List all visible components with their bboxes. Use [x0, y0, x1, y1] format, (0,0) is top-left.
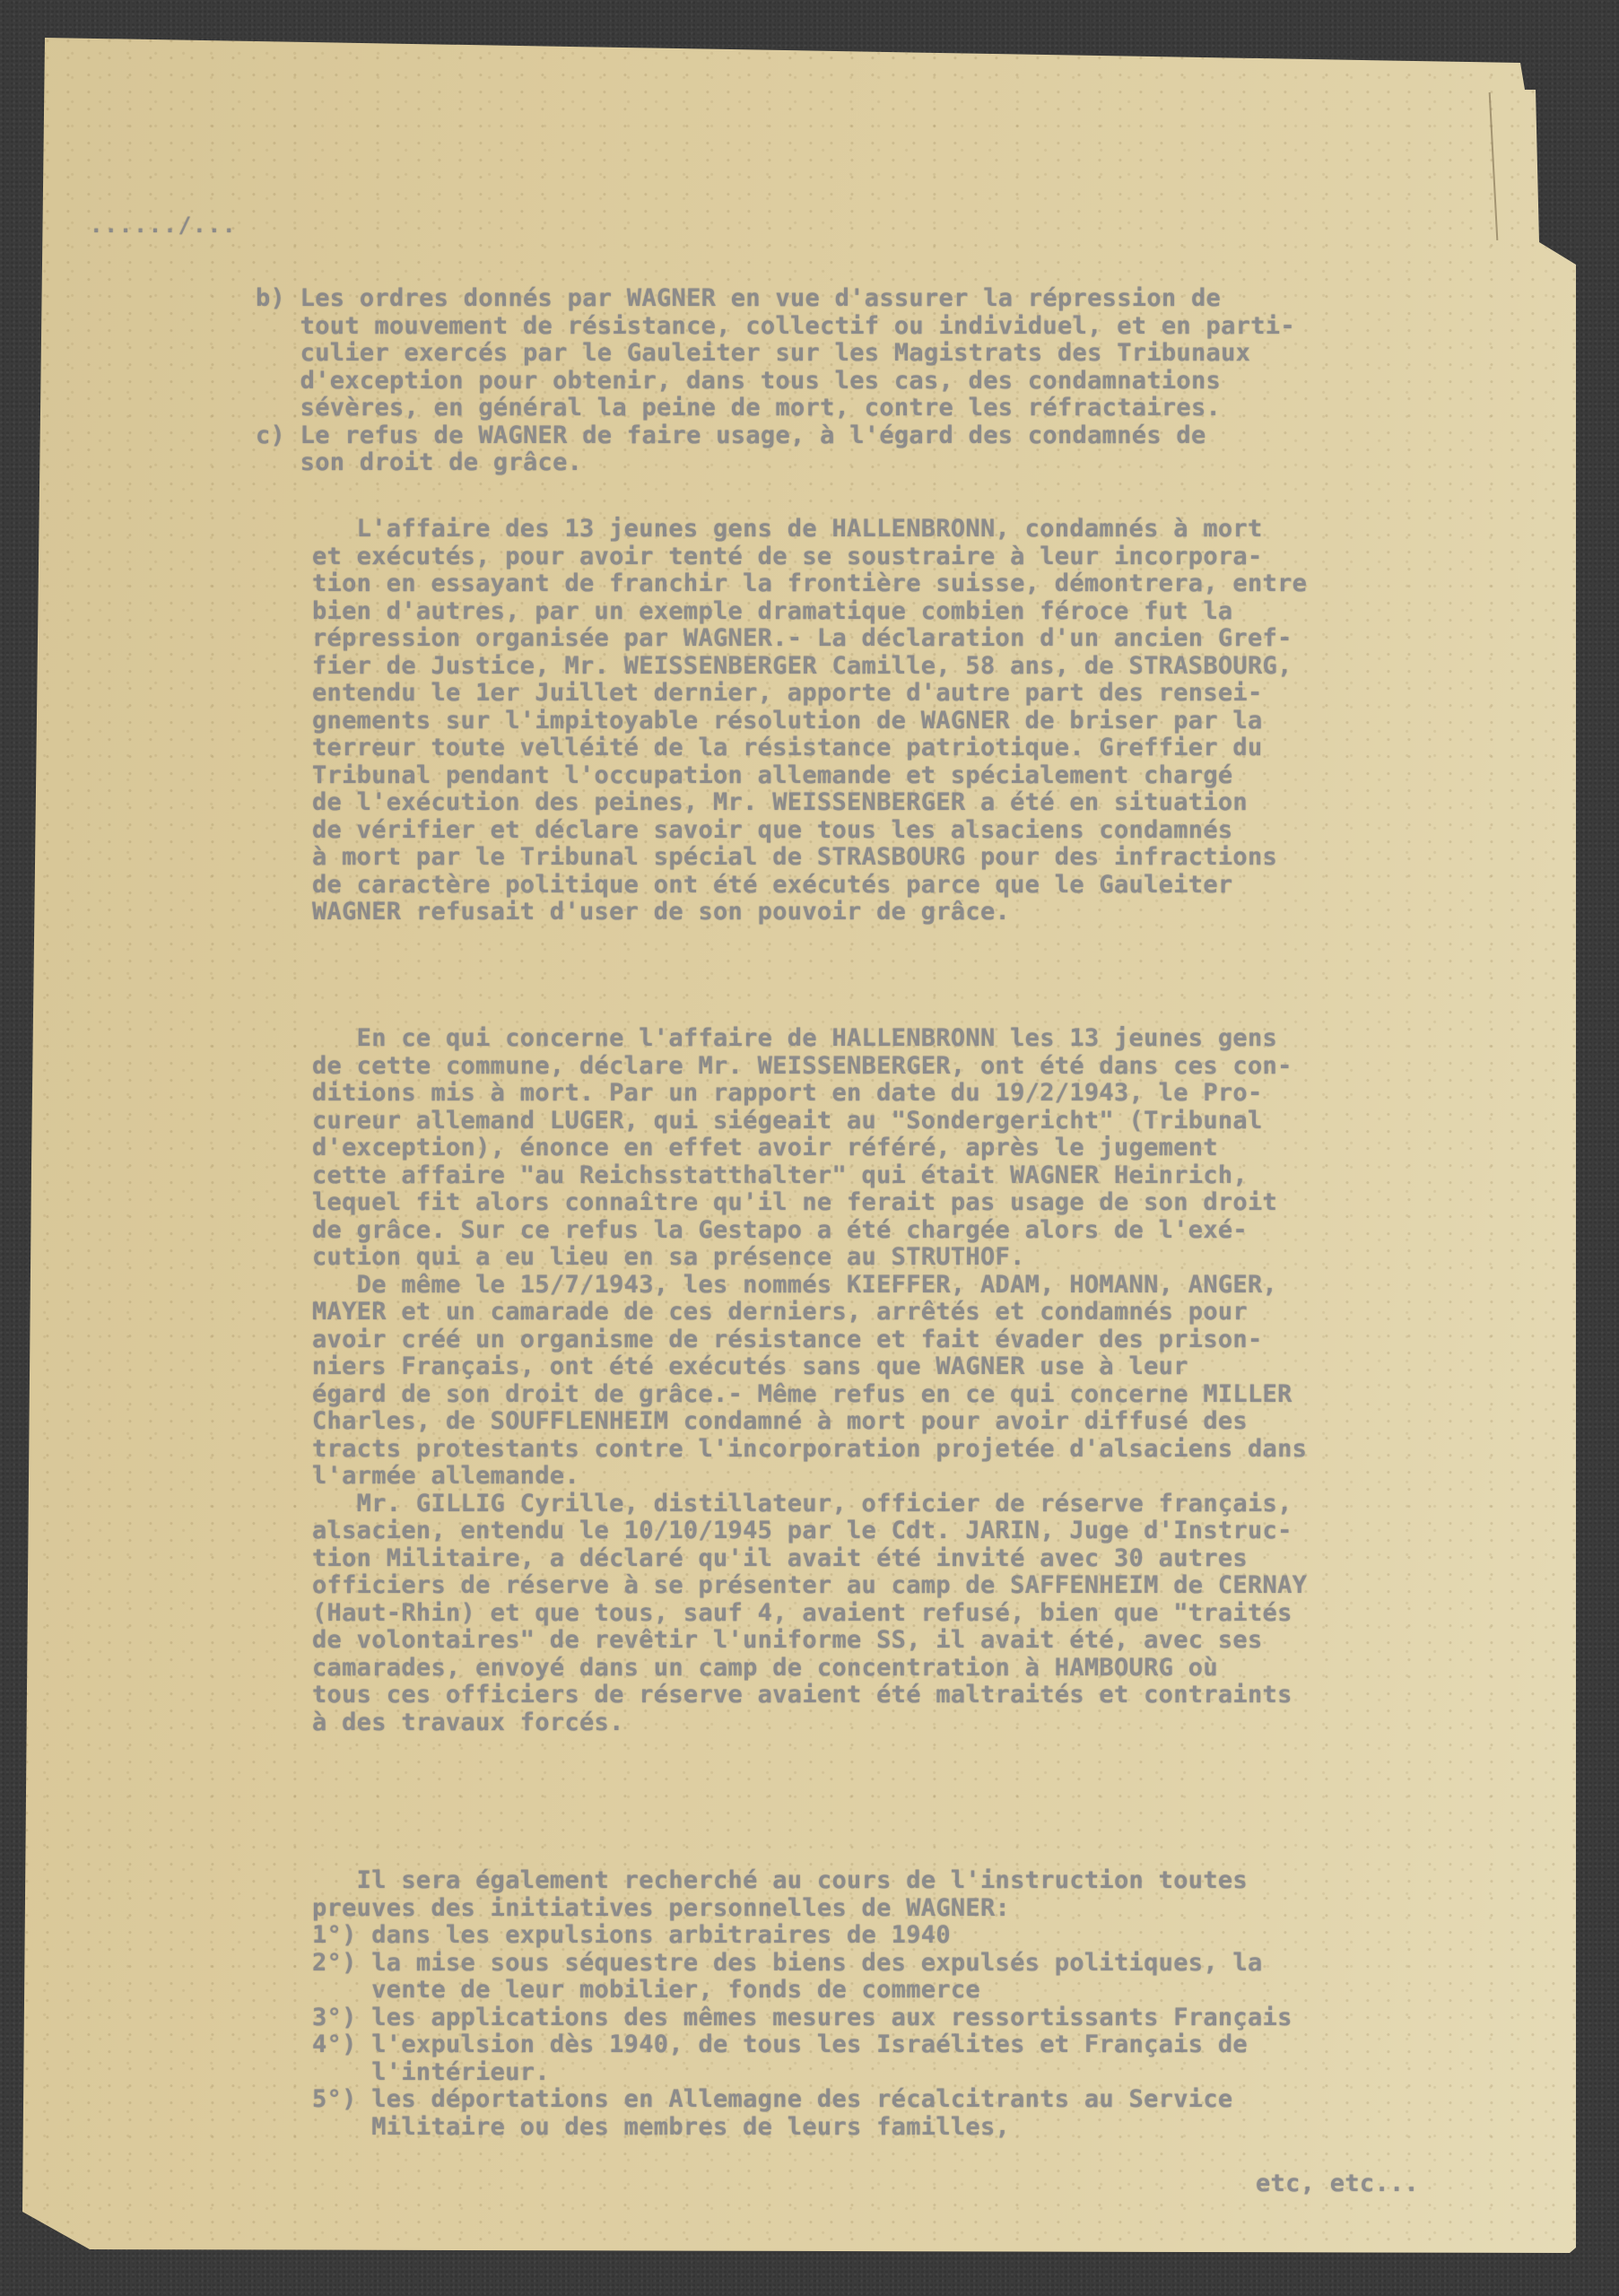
text-line: b) Les ordres donnés par WAGNER en vue d…	[256, 285, 1295, 313]
text-line: son droit de grâce.	[256, 449, 1295, 477]
text-line: vente de leur mobilier, fonds de commerc…	[312, 1977, 1293, 2005]
text-line: MAYER et un camarade de ces derniers, ar…	[312, 1299, 1307, 1326]
text-line: Charles, de SOUFFLENHEIM condamné à mort…	[312, 1408, 1307, 1436]
text-line: de cette commune, déclare Mr. WEISSENBER…	[312, 1053, 1307, 1081]
text-line: camarades, envoyé dans un camp de concen…	[312, 1655, 1307, 1683]
text-line: lequel fit alors connaître qu'il ne fera…	[312, 1189, 1307, 1217]
text-line: preuves des initiatives personnelles de …	[312, 1895, 1293, 1923]
text-line: tion Militaire, a déclaré qu'il avait ét…	[312, 1545, 1307, 1573]
text-line: gnements sur l'impitoyable résolution de…	[312, 708, 1307, 735]
text-line: Tribunal pendant l'occupation allemande …	[312, 762, 1307, 790]
text-line: Militaire ou des membres de leurs famill…	[312, 2114, 1293, 2142]
text-line: tout mouvement de résistance, collectif …	[256, 313, 1295, 341]
text-line: de l'exécution des peines, Mr. WEISSENBE…	[312, 789, 1307, 817]
text-line: l'intérieur.	[312, 2059, 1293, 2087]
text-line: cution qui a eu lieu en sa présence au S…	[312, 1244, 1307, 1272]
text-line: En ce qui concerne l'affaire de HALLENBR…	[312, 1025, 1307, 1053]
text-line: d'exception pour obtenir, dans tous les …	[256, 368, 1295, 396]
text-line: de grâce. Sur ce refus la Gestapo a été …	[312, 1217, 1307, 1245]
signoff-etc: etc, etc...	[1256, 2170, 1419, 2198]
text-line: de caractère politique ont été exécutés …	[312, 872, 1307, 900]
text-line: à mort par le Tribunal spécial de STRASB…	[312, 844, 1307, 872]
text-line: de volontaires" de revêtir l'uniforme SS…	[312, 1627, 1307, 1655]
paragraph-affaire-hallenbronn: L'affaire des 13 jeunes gens de HALLENBR…	[312, 516, 1307, 926]
text-line: tous ces officiers de réserve avaient ét…	[312, 1682, 1307, 1709]
text-line: tion en essayant de franchir la frontièr…	[312, 570, 1307, 598]
text-line: cureur allemand LUGER, qui siégeait au "…	[312, 1108, 1307, 1135]
paragraph-il-sera: Il sera également recherché au cours de …	[312, 1867, 1293, 2141]
text-line: De même le 15/7/1943, les nommés KIEFFER…	[312, 1272, 1307, 1300]
text-line: tracts protestants contre l'incorporatio…	[312, 1436, 1307, 1464]
text-line: 3°) les applications des mêmes mesures a…	[312, 2005, 1293, 2032]
text-line: (Haut-Rhin) et que tous, sauf 4, avaient…	[312, 1600, 1307, 1628]
text-line: 1°) dans les expulsions arbitraires de 1…	[312, 1922, 1293, 1950]
text-line: Mr. GILLIG Cyrille, distillateur, offici…	[312, 1491, 1307, 1518]
text-line: officiers de réserve à se présenter au c…	[312, 1572, 1307, 1600]
text-line: entendu le 1er Juillet dernier, apporte …	[312, 680, 1307, 708]
text-line: 5°) les déportations en Allemagne des ré…	[312, 2086, 1293, 2114]
text-line: L'affaire des 13 jeunes gens de HALLENBR…	[312, 516, 1307, 544]
text-line: d'exception), énonce en effet avoir réfé…	[312, 1135, 1307, 1162]
paragraph-en-ce-qui-concerne: En ce qui concerne l'affaire de HALLENBR…	[312, 1025, 1307, 1736]
text-line: terreur toute velléité de la résistance …	[312, 735, 1307, 762]
text-line: 2°) la mise sous séquestre des biens des…	[312, 1950, 1293, 1978]
text-line: égard de son droit de grâce.- Même refus…	[312, 1381, 1307, 1409]
text-line: de vérifier et déclare savoir que tous l…	[312, 817, 1307, 845]
text-line: à des travaux forcés.	[312, 1709, 1307, 1737]
text-line: l'armée allemande.	[312, 1463, 1307, 1491]
section-points-b-c: b) Les ordres donnés par WAGNER en vue d…	[256, 285, 1295, 477]
text-line: niers Français, ont été exécutés sans qu…	[312, 1353, 1307, 1381]
text-line: bien d'autres, par un exemple dramatique…	[312, 598, 1307, 626]
text-line: Il sera également recherché au cours de …	[312, 1867, 1293, 1895]
text-line: ditions mis à mort. Par un rapport en da…	[312, 1080, 1307, 1108]
text-line: et exécutés, pour avoir tenté de se sous…	[312, 544, 1307, 571]
text-line: WAGNER refusait d'user de son pouvoir de…	[312, 899, 1307, 926]
text-line: c) Le refus de WAGNER de faire usage, à …	[256, 422, 1295, 450]
text-line: cette affaire "au Reichsstatthalter" qui…	[312, 1162, 1307, 1190]
text-line: culier exercés par le Gauleiter sur les …	[256, 340, 1295, 368]
text-line: alsacien, entendu le 10/10/1945 par le C…	[312, 1518, 1307, 1545]
text-line: 4°) l'expulsion dès 1940, de tous les Is…	[312, 2031, 1293, 2059]
text-line: sévères, en général la peine de mort, co…	[256, 395, 1295, 422]
text-line: fier de Justice, Mr. WEISSENBERGER Camil…	[312, 653, 1307, 681]
text-line: répression organisée par WAGNER.- La déc…	[312, 625, 1307, 653]
text-line: avoir créé un organisme de résistance et…	[312, 1326, 1307, 1354]
page-continuation-marker: ....../...	[90, 212, 238, 239]
